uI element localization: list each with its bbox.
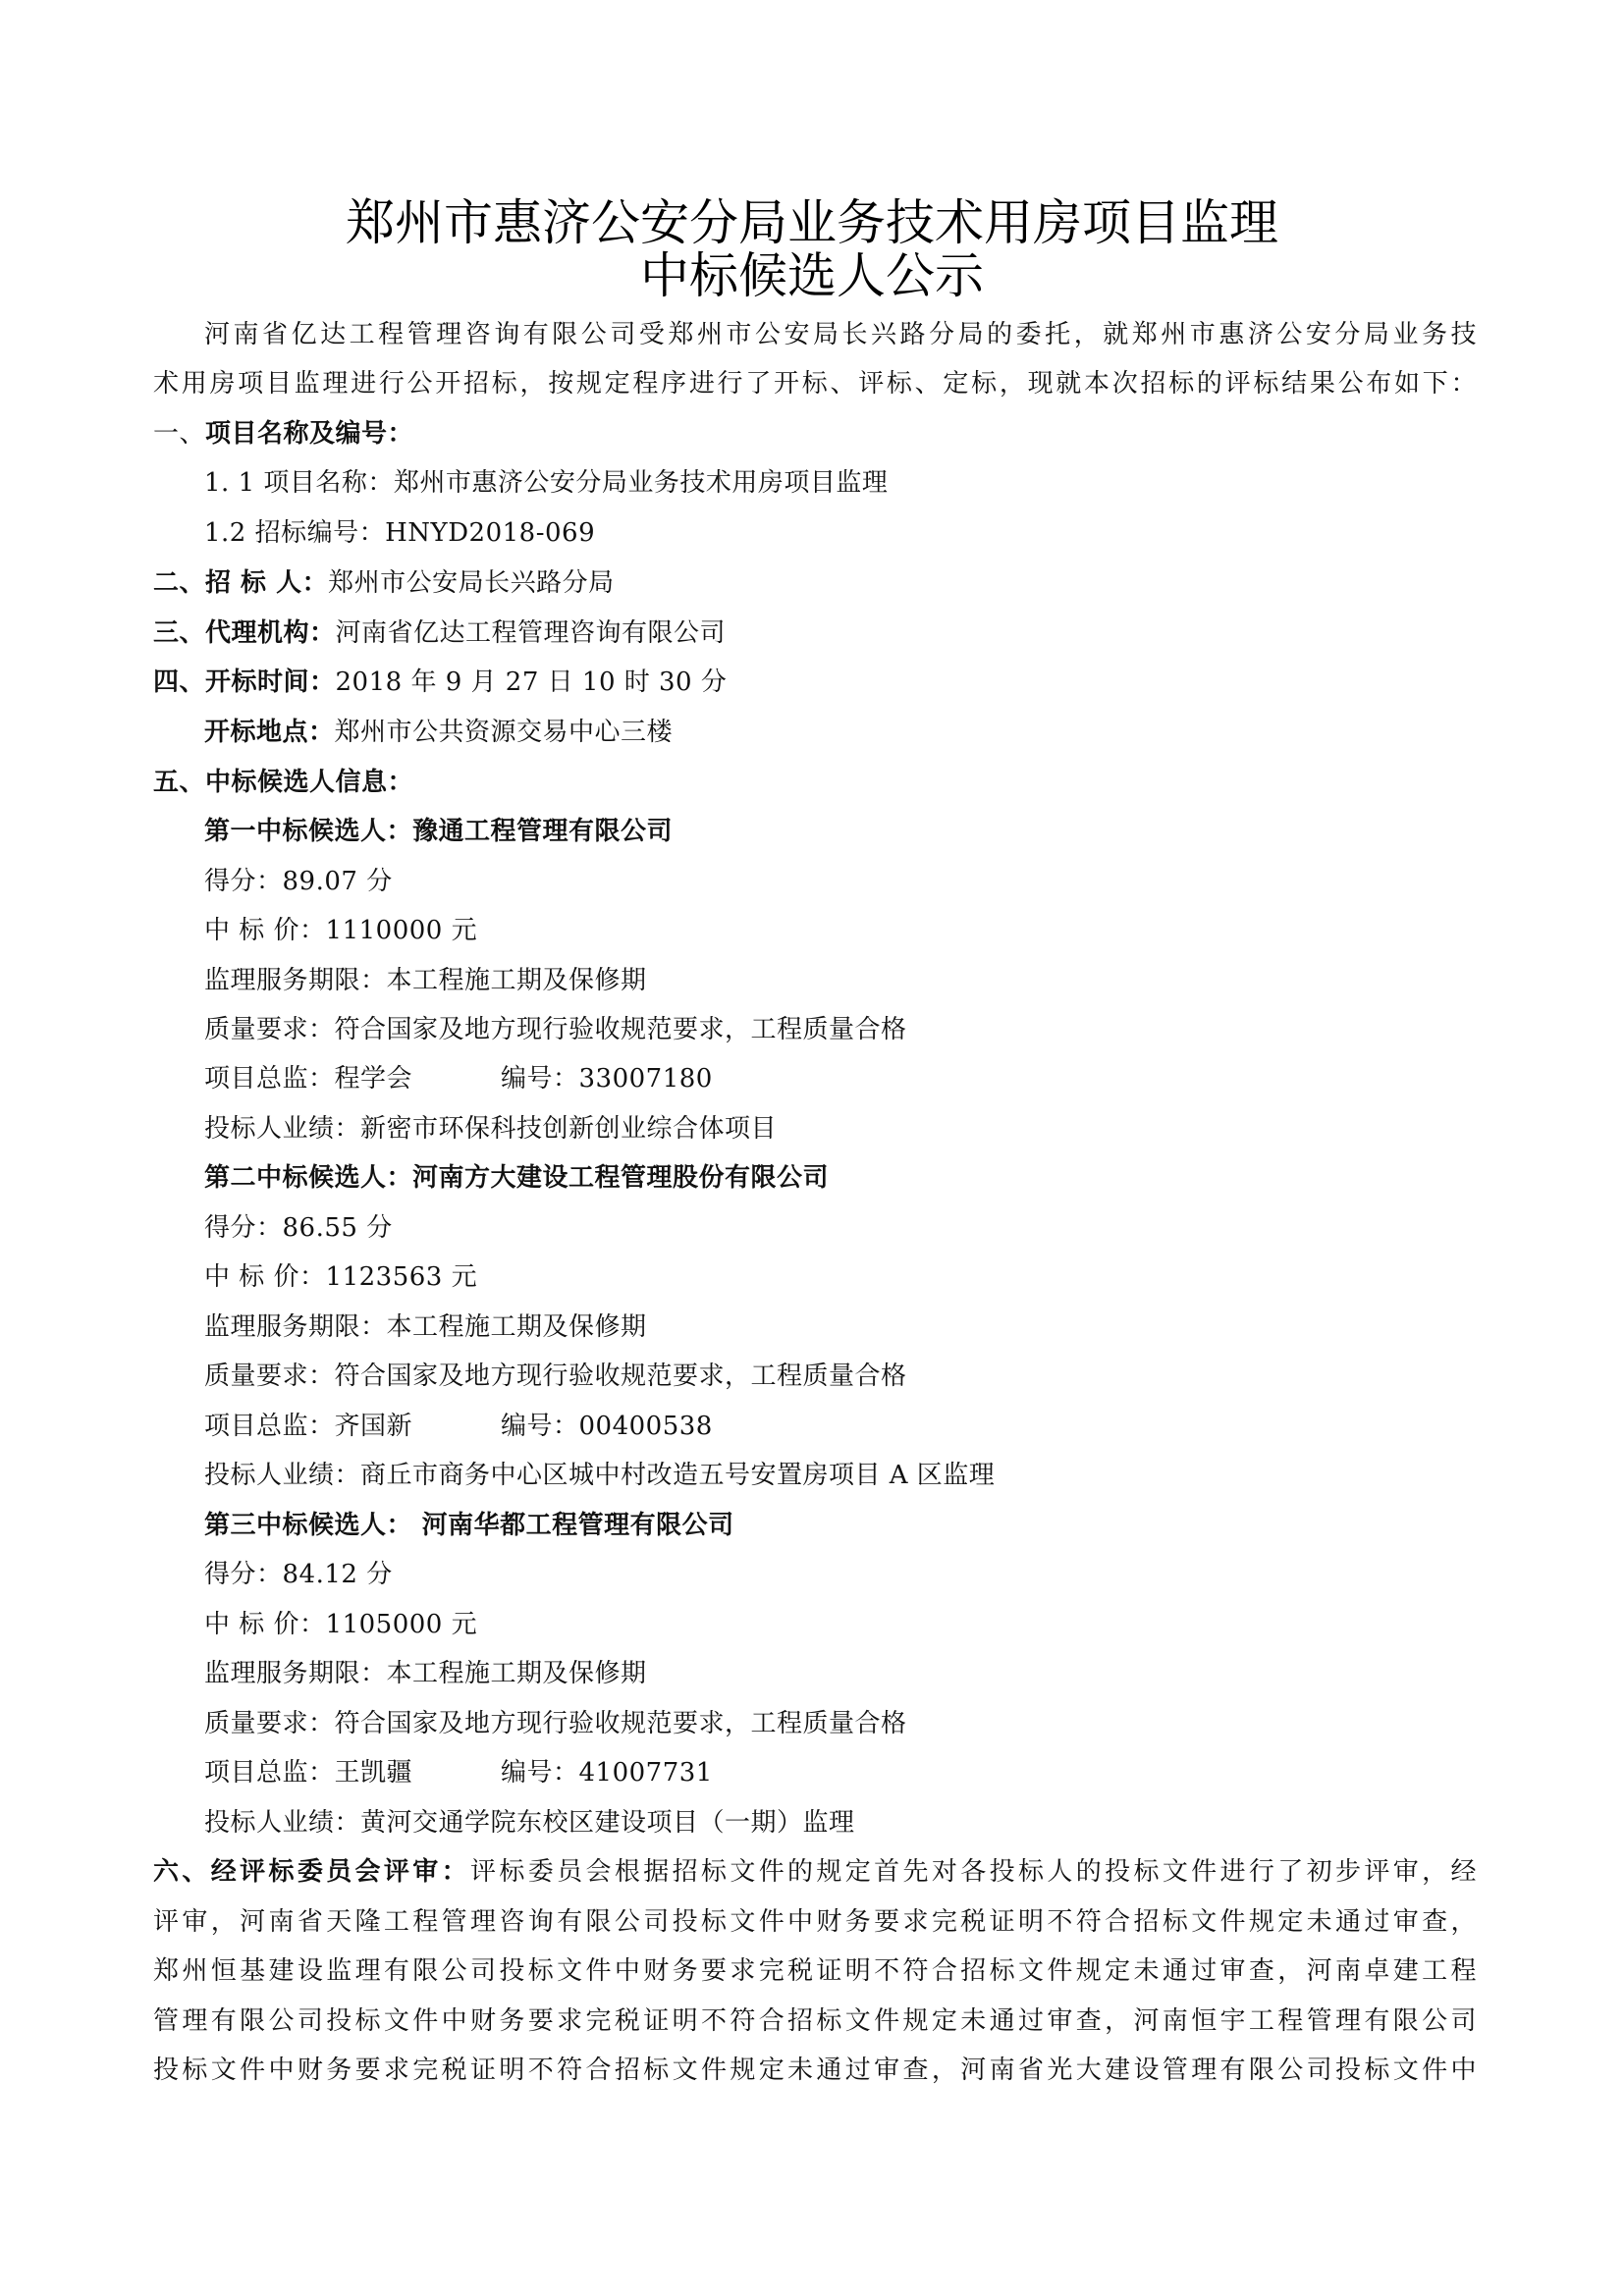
candidate-2-director: 项目总监：齐国新 xyxy=(204,1412,412,1441)
opening-time-label: 四、开标时间： xyxy=(153,667,336,697)
candidate-1-header: 第一中标候选人：豫通工程管理有限公司 xyxy=(204,815,673,848)
section-1-title: 项目名称及编号： xyxy=(205,419,413,449)
candidate-2-director-row: 项目总监：齐国新编号：00400538 xyxy=(204,1410,713,1443)
candidate-2-performance: 投标人业绩：商丘市商务中心区城中村改造五号安置房项目 A 区监理 xyxy=(204,1459,995,1492)
tender-number-label: 1.2 招标编号： xyxy=(204,518,385,548)
section-6-line-1: 六、经评标委员会评审：评标委员会根据招标文件的规定首先对各投标人的投标文件进行了… xyxy=(153,1855,1477,1889)
page-title-line-2: 中标候选人公示 xyxy=(0,249,1624,302)
candidate-3-score: 得分：84.12 分 xyxy=(204,1558,393,1591)
candidate-1-score: 得分：89.07 分 xyxy=(204,865,393,898)
tender-number-value: HNYD2018-069 xyxy=(385,518,595,548)
candidate-3-quality: 质量要求：符合国家及地方现行验收规范要求，工程质量合格 xyxy=(204,1707,907,1740)
candidate-2-header: 第二中标候选人：河南方大建设工程管理股份有限公司 xyxy=(204,1161,829,1195)
candidate-1-period: 监理服务期限：本工程施工期及保修期 xyxy=(204,964,647,997)
candidate-1-performance: 投标人业绩：新密市环保科技创新创业综合体项目 xyxy=(204,1112,777,1146)
agency-label: 三、代理机构： xyxy=(153,618,336,648)
candidate-3-rank: 第三中标候选人： xyxy=(204,1511,412,1540)
candidate-1-cert: 编号：33007180 xyxy=(501,1064,713,1094)
intro-paragraph-line-2: 术用房项目监理进行公开招标，按规定程序进行了开标、评标、定标，现就本次招标的评标… xyxy=(153,367,1477,400)
section-6-line-3: 郑州恒基建设监理有限公司投标文件中财务要求完税证明不符合招标文件规定未通过审查，… xyxy=(153,1954,1477,1988)
agency-value: 河南省亿达工程管理咨询有限公司 xyxy=(336,618,727,648)
candidate-1-director-row: 项目总监：程学会编号：33007180 xyxy=(204,1062,713,1095)
project-name-row: 1. 1 项目名称：郑州市惠济公安分局业务技术用房项目监理 xyxy=(204,466,888,500)
project-name-label: 1. 1 项目名称： xyxy=(204,468,394,498)
section-6-line-5: 投标文件中财务要求完税证明不符合招标文件规定未通过审查，河南省光大建设管理有限公… xyxy=(153,2054,1477,2087)
candidate-3-header: 第三中标候选人： 河南华都工程管理有限公司 xyxy=(204,1509,734,1542)
opening-place-row: 开标地点：郑州市公共资源交易中心三楼 xyxy=(204,716,673,749)
candidate-2-cert: 编号：00400538 xyxy=(501,1412,713,1441)
tender-number-row: 1.2 招标编号：HNYD2018-069 xyxy=(204,516,595,550)
section-1-heading: 一、项目名称及编号： xyxy=(153,417,413,451)
project-name-value: 郑州市惠济公安分局业务技术用房项目监理 xyxy=(394,468,889,498)
candidate-3-director-row: 项目总监：王凯疆编号：41007731 xyxy=(204,1756,713,1789)
opening-place-label: 开标地点： xyxy=(204,718,335,747)
opening-time-value: 2018 年 9 月 27 日 10 时 30 分 xyxy=(336,667,728,697)
candidate-3-director: 项目总监：王凯疆 xyxy=(204,1758,412,1788)
section-5-heading: 五、中标候选人信息： xyxy=(153,766,413,799)
candidate-3-performance: 投标人业绩：黄河交通学院东校区建设项目（一期）监理 xyxy=(204,1806,855,1840)
section-6-heading: 六、经评标委员会评审： xyxy=(153,1857,470,1887)
opening-time-row: 四、开标时间：2018 年 9 月 27 日 10 时 30 分 xyxy=(153,666,727,699)
candidate-2-period: 监理服务期限：本工程施工期及保修期 xyxy=(204,1310,647,1344)
agency-row: 三、代理机构：河南省亿达工程管理咨询有限公司 xyxy=(153,616,726,650)
candidate-3-cert: 编号：41007731 xyxy=(501,1758,713,1788)
candidate-1-rank: 第一中标候选人： xyxy=(204,817,412,846)
candidate-3-price: 中 标 价：1105000 元 xyxy=(204,1608,477,1641)
candidate-2-name: 河南方大建设工程管理股份有限公司 xyxy=(412,1163,829,1193)
intro-paragraph-line-1: 河南省亿达工程管理咨询有限公司受郑州市公安局长兴路分局的委托，就郑州市惠济公安分… xyxy=(204,318,1477,351)
candidate-2-quality: 质量要求：符合国家及地方现行验收规范要求，工程质量合格 xyxy=(204,1360,907,1393)
candidate-2-rank: 第二中标候选人： xyxy=(204,1163,412,1193)
candidate-1-name: 豫通工程管理有限公司 xyxy=(412,817,673,846)
candidate-3-period: 监理服务期限：本工程施工期及保修期 xyxy=(204,1657,647,1690)
candidate-2-price: 中 标 价：1123563 元 xyxy=(204,1260,477,1294)
tenderer-row: 二、招 标 人：郑州市公安局长兴路分局 xyxy=(153,566,615,600)
candidate-3-name: 河南华都工程管理有限公司 xyxy=(412,1511,734,1540)
section-6-line-4: 管理有限公司投标文件中财务要求完税证明不符合招标文件规定未通过审查，河南恒宇工程… xyxy=(153,2004,1477,2038)
candidate-1-director: 项目总监：程学会 xyxy=(204,1064,412,1094)
section-1-number: 一、 xyxy=(153,419,205,449)
page-title-line-1: 郑州市惠济公安分局业务技术用房项目监理 xyxy=(0,196,1624,249)
section-6-text-1: 评标委员会根据招标文件的规定首先对各投标人的投标文件进行了初步评审，经 xyxy=(470,1857,1477,1887)
candidate-2-score: 得分：86.55 分 xyxy=(204,1211,393,1245)
candidate-1-quality: 质量要求：符合国家及地方现行验收规范要求，工程质量合格 xyxy=(204,1013,907,1046)
opening-place-value: 郑州市公共资源交易中心三楼 xyxy=(335,718,674,747)
section-6-line-2: 评审，河南省天隆工程管理咨询有限公司投标文件中财务要求完税证明不符合招标文件规定… xyxy=(153,1905,1477,1939)
tenderer-value: 郑州市公安局长兴路分局 xyxy=(328,568,615,598)
candidate-1-price: 中 标 价：1110000 元 xyxy=(204,914,477,947)
tenderer-label: 二、招 标 人： xyxy=(153,568,328,598)
